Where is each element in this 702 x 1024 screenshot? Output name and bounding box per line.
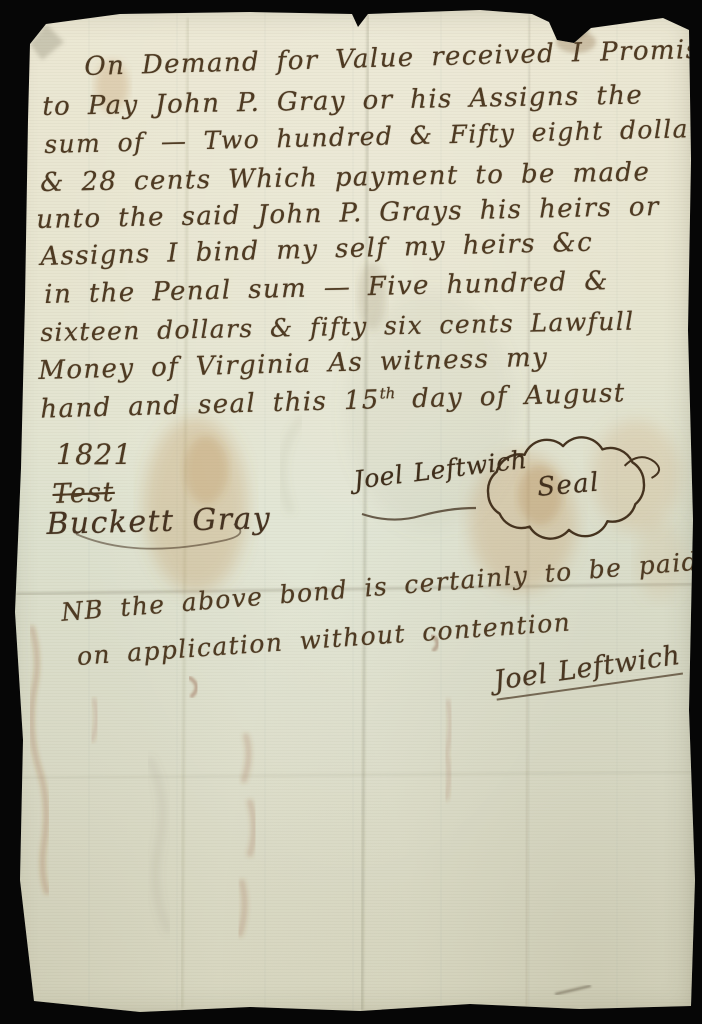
date-line-post: day of August (395, 378, 626, 414)
date-superscript: th (379, 384, 395, 402)
photo-background: On Demand for Value received I Promise t… (0, 0, 702, 1024)
year-label: 1821 (56, 438, 133, 471)
witness-signature: Buckett Gray (46, 501, 272, 542)
seal-label: Seal (536, 468, 601, 503)
corner-fold-shadow (30, 24, 64, 60)
document-paper: On Demand for Value received I Promise t… (0, 0, 702, 1024)
